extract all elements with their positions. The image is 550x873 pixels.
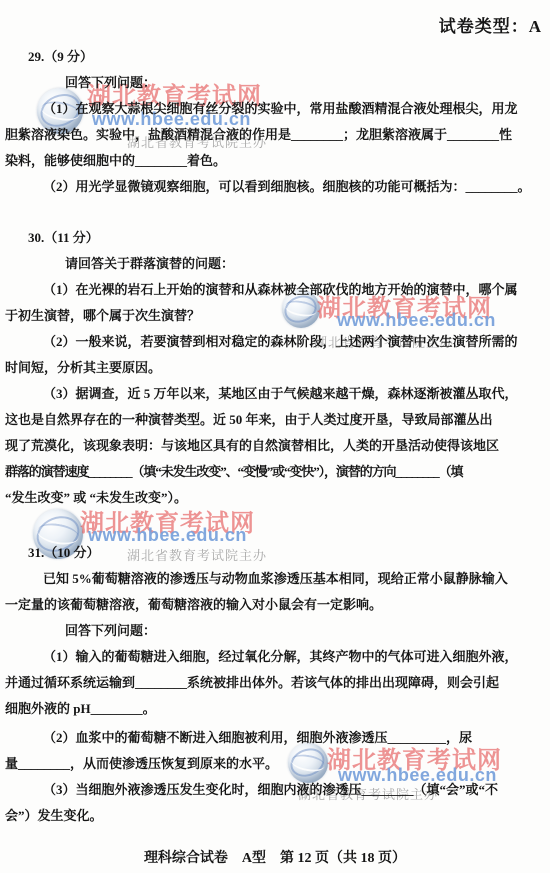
- q30-part3-line5: “发生改变” 或 “未发生改变”）。: [5, 485, 545, 511]
- document-body: 29.（9 分）回答下列问题：（1）在观察大蒜根尖细胞有丝分裂的实验中，常用盐酸…: [5, 44, 545, 829]
- q31-part3-line2: 会”）发生变化。: [5, 803, 545, 829]
- q30-part3-line4: 群落的演替速度________（填“未发生改变”、“变慢”或“变快”），演替的方…: [5, 459, 545, 485]
- q31-part2-line2: 量________，从而使渗透压恢复到原来的水平。: [5, 751, 545, 777]
- q30-header: 30.（11 分）: [5, 225, 545, 251]
- q30-part1-line1: （1）在光裸的岩石上开始的演替和从森林被全部砍伐的地方开始的演替中，哪个属: [5, 277, 545, 303]
- exam-page: 试卷类型：A 湖北教育考试网 www.hbee.edu.cn 湖北省教育考试院主…: [0, 0, 550, 873]
- q30-part1-line2: 于初生演替，哪个属于次生演替？: [5, 303, 545, 329]
- q29-part1-line1: （1）在观察大蒜根尖细胞有丝分裂的实验中，常用盐酸酒精混合液处理根尖，用龙: [5, 96, 545, 122]
- q31-prompt: 回答下列问题：: [5, 618, 545, 644]
- q29-part1-line3: 染料，能够使细胞中的________着色。: [5, 148, 545, 174]
- q30-intro: 请回答关于群落演替的问题：: [5, 251, 545, 277]
- q31-part1-line1: （1）输入的葡萄糖进入细胞，经过氧化分解，其终产物中的气体可进入细胞外液，: [5, 644, 545, 670]
- q30-part2-line2: 时间短，分析其主要原因。: [5, 355, 545, 381]
- q30-part2-line1: （2）一般来说，若要演替到相对稳定的森林阶段，上述两个演替中次生演替所需的: [5, 329, 545, 355]
- q29-header: 29.（9 分）: [5, 44, 545, 70]
- page-footer: 理科综合试卷 A型 第 12 页（共 18 页）: [0, 847, 550, 867]
- q29-part1-line2: 胆紫溶液染色。实验中，盐酸酒精混合液的作用是________；龙胆紫溶液属于__…: [5, 122, 545, 148]
- q31-part1-line3: 细胞外液的 pH________。: [5, 696, 545, 722]
- q31-intro-line2: 一定量的该葡萄糖溶液，葡萄糖溶液的输入对小鼠会有一定影响。: [5, 592, 545, 618]
- q29-intro: 回答下列问题：: [5, 70, 545, 96]
- exam-type-label: 试卷类型：A: [439, 12, 542, 37]
- q30-part3-line3: 现了荒漠化，该现象表明：与该地区具有的自然演替相比，人类的开垦活动使得该地区: [5, 433, 545, 459]
- q29-part2-line1: （2）用光学显微镜观察细胞，可以看到细胞核。细胞核的功能可概括为：_______…: [5, 174, 545, 200]
- q31-part1-line2: 并通过循环系统运输到________系统被排出体外。若该气体的排出出现障碍，则会…: [5, 670, 545, 696]
- q31-part3-line1: （3）当细胞外液渗透压发生变化时，细胞内液的渗透压________（填“会”或“…: [5, 777, 545, 803]
- q30-part3-line1: （3）据调查，近 5 万年以来，某地区由于气候越来越干燥，森林逐渐被灌丛取代，: [5, 381, 545, 407]
- q30-part3-line2: 这也是自然界存在的一种演替类型。近 50 年来，由于人类过度开垦，导致局部灌丛出: [5, 407, 545, 433]
- q31-intro-line1: 已知 5%葡萄糖溶液的渗透压与动物血浆渗透压基本相同，现给正常小鼠静脉输入: [5, 566, 545, 592]
- q31-part2-line1: （2）血浆中的葡萄糖不断进入细胞被利用，细胞外液渗透压_________，尿: [5, 725, 545, 751]
- q31-header: 31.（10 分）: [5, 540, 545, 566]
